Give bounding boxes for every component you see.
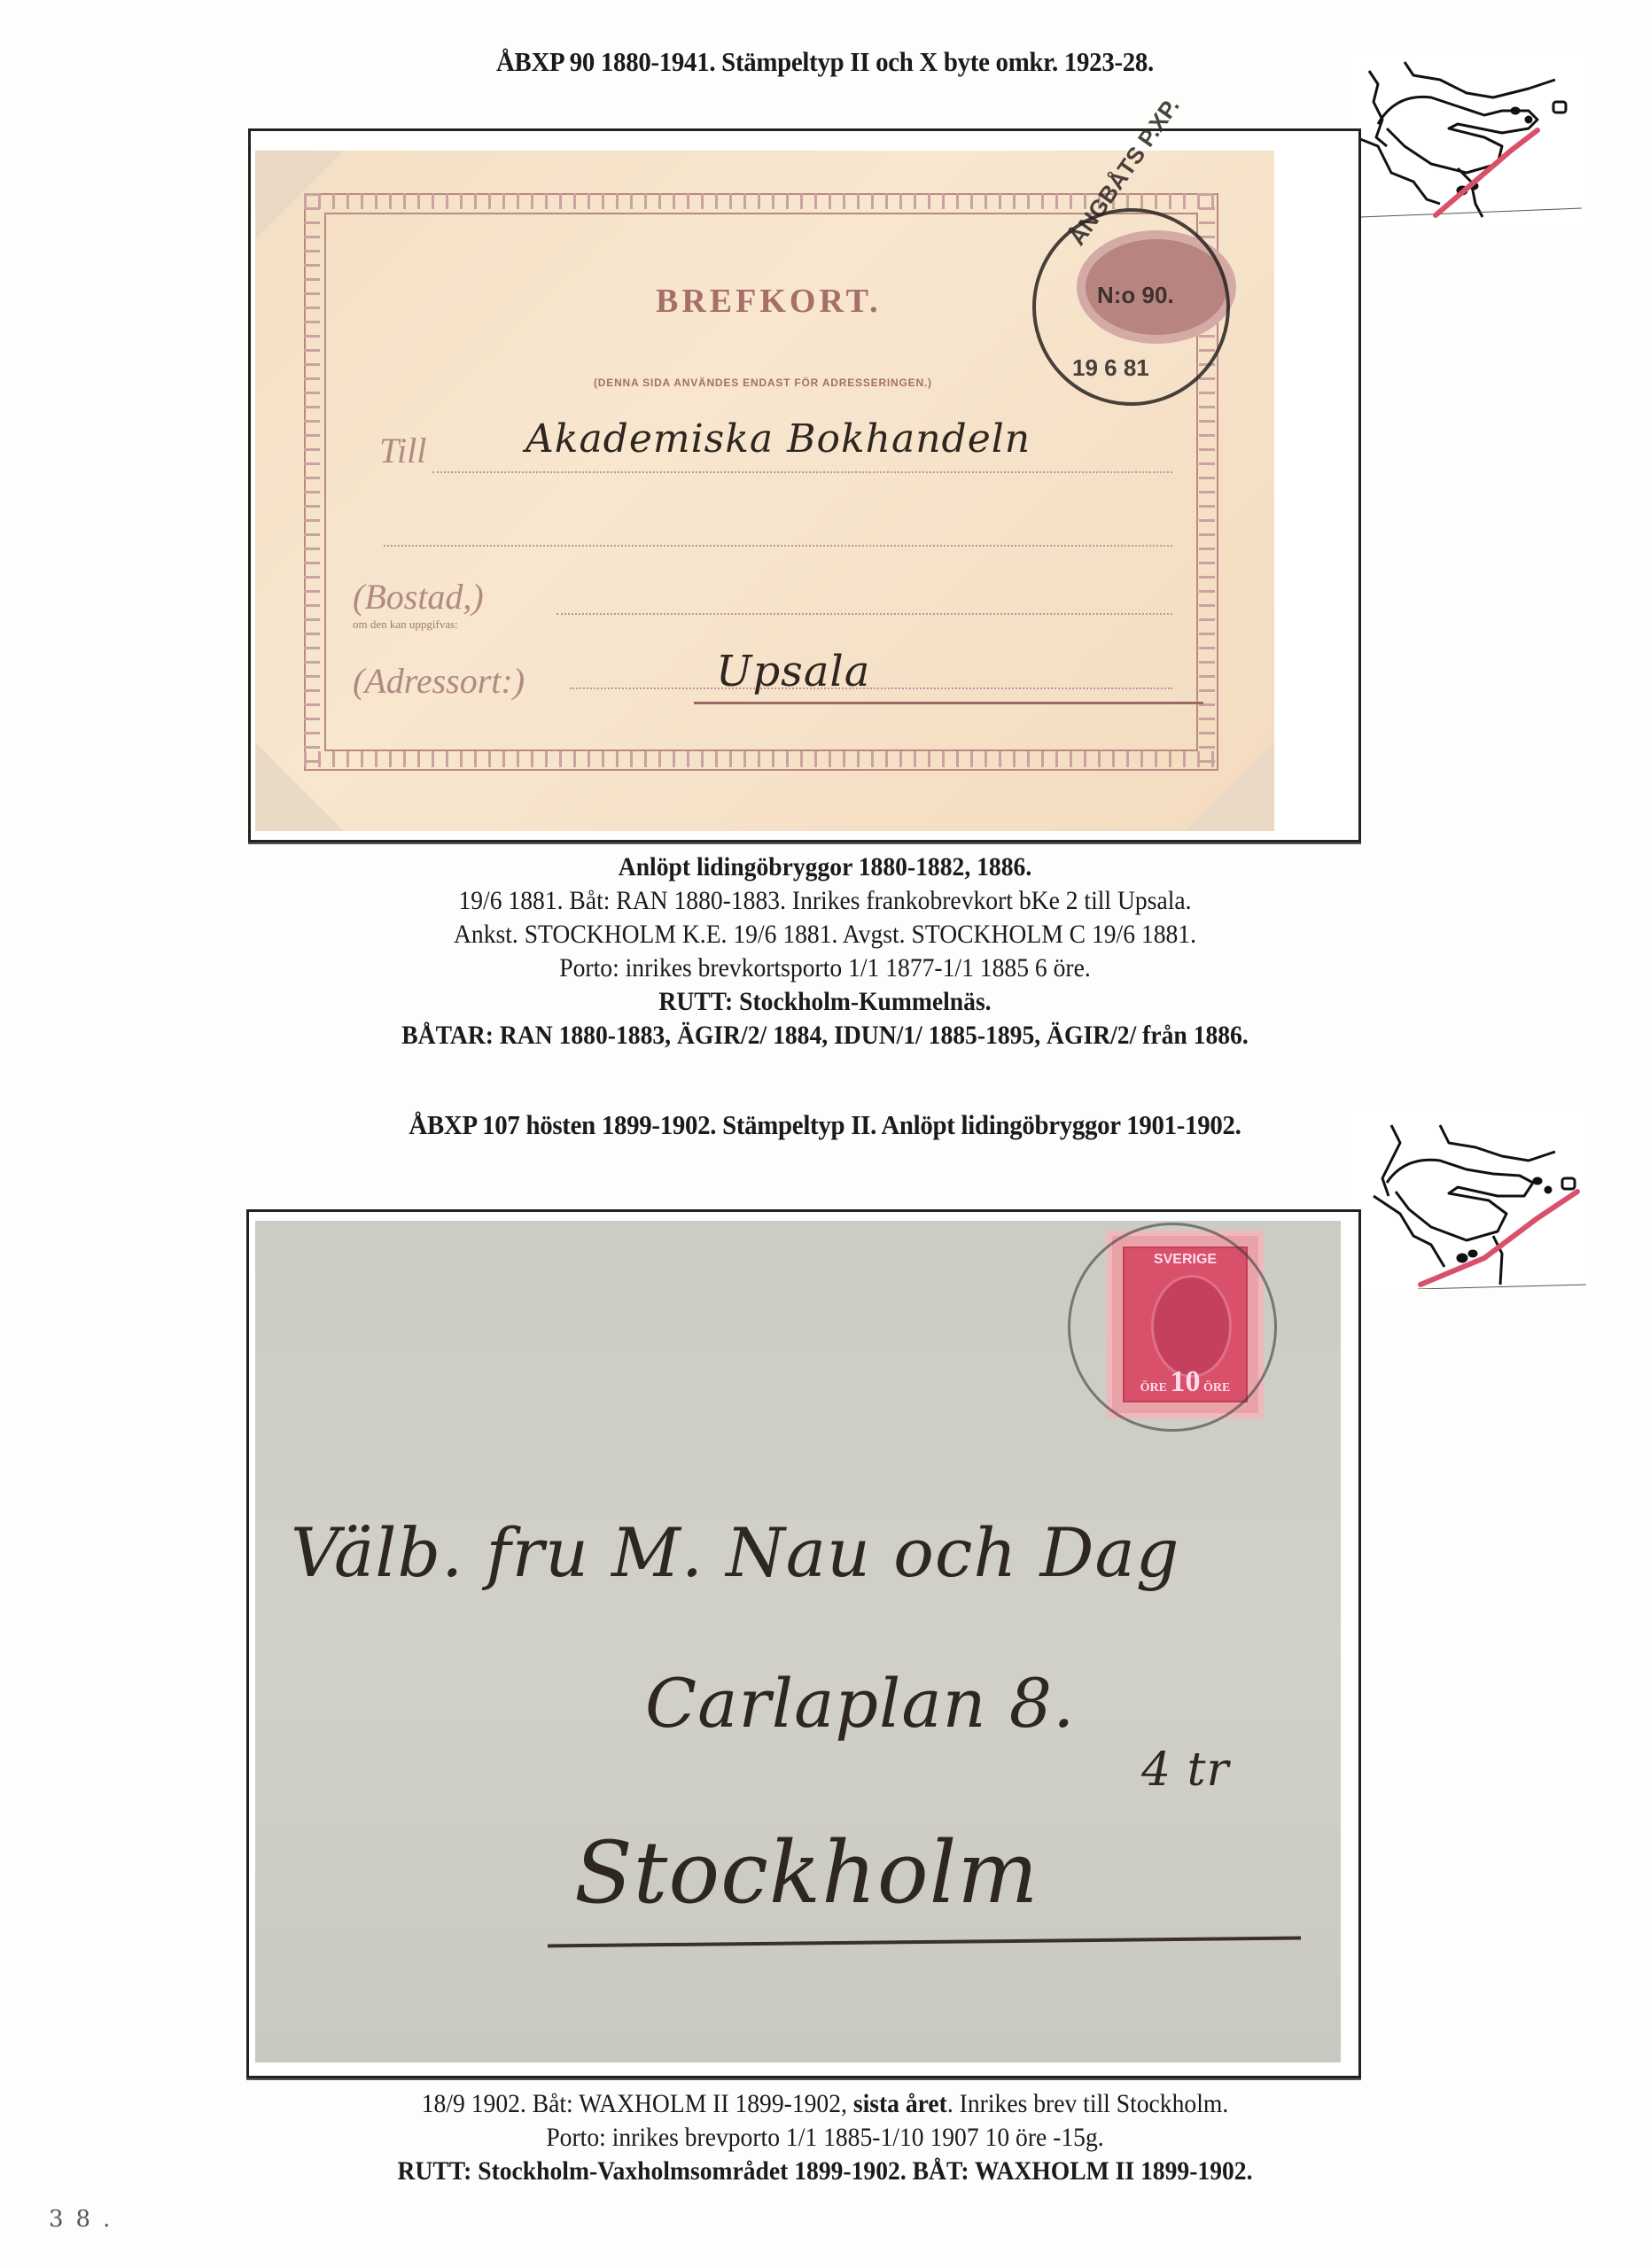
address-city-handwriting: Stockholm [574,1823,1039,1922]
caption-route: RUTT: Stockholm-Kummelnäs. [66,985,1584,1019]
page-number-annotation: 38. [49,2206,122,2233]
label-till: Till [379,430,426,471]
address-line-2-handwriting: Carlaplan 8. [645,1664,1075,1743]
section1-caption: Anlöpt lidingöbryggor 1880-1882, 1886. 1… [66,850,1584,1052]
caption-route: RUTT: Stockholm-Vaxholmsområdet 1899-190… [66,2155,1584,2188]
postmark-date: 19 6 81 [1072,354,1149,382]
city-underline [548,1937,1301,1948]
postmark-number: N:o 90. [1097,282,1174,309]
caption-line1: 18/9 1902. Båt: WAXHOLM II 1899-1902, si… [66,2087,1584,2121]
caption-line3: Porto: inrikes brevkortsporto 1/1 1877-1… [66,951,1584,985]
address-line-2 [384,545,1172,547]
destination-underline [694,702,1203,704]
section2-caption: 18/9 1902. Båt: WAXHOLM II 1899-1902, si… [66,2087,1584,2188]
caption-line1: 19/6 1881. Båt: RAN 1880-1883. Inrikes f… [66,884,1584,918]
postmark-circle [1068,1223,1277,1432]
caption-title: Anlöpt lidingöbryggor 1880-1882, 1886. [66,850,1584,884]
caption-line2: Ankst. STOCKHOLM K.E. 19/6 1881. Avgst. … [66,918,1584,951]
route-map-icon [1351,49,1591,226]
label-adressort: (Adressort:) [353,660,525,702]
address-line-4 [570,687,1172,689]
destination-handwriting: Upsala [716,647,870,696]
caption-line2: Porto: inrikes brevporto 1/1 1885-1/10 1… [66,2121,1584,2155]
label-bostad-note: om den kan uppgifvas: [353,617,458,632]
route-map-icon [1351,1112,1591,1289]
postcard-title: BREFKORT. [656,282,882,321]
caption-boats: BÅTAR: RAN 1880-1883, ÄGIR/2/ 1884, IDUN… [66,1019,1584,1052]
label-bostad: (Bostad,) [353,576,484,617]
address-line-1 [432,471,1172,473]
address-line-3 [556,613,1172,615]
address-floor-handwriting: 4 tr [1141,1744,1229,1797]
addressee-handwriting: Akademiska Bokhandeln [525,416,1031,462]
postcard-subtitle: (DENNA SIDA ANVÄNDES ENDAST FÖR ADRESSER… [594,377,932,389]
address-line-1-handwriting: Välb. fru M. Nau och Dag [291,1513,1179,1592]
